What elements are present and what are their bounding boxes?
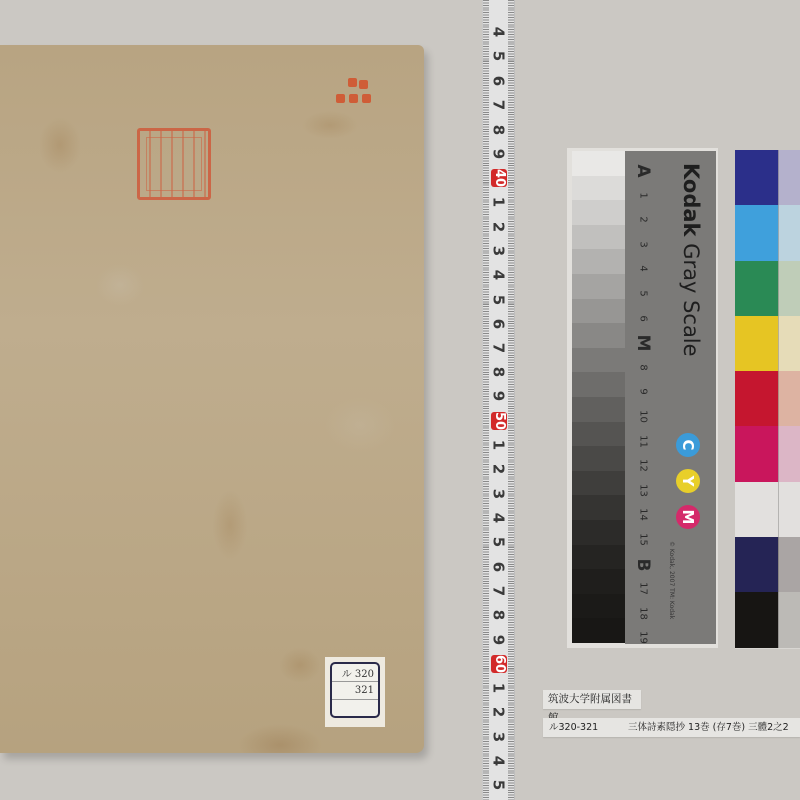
gray-step-label: 1 <box>638 183 649 207</box>
ruler-number: 5 <box>491 533 507 552</box>
ruler-number: 7 <box>491 582 507 601</box>
small-red-seal <box>334 78 372 108</box>
gray-patch <box>572 471 625 496</box>
ruler-number: 5 <box>491 47 507 66</box>
saturated-color-patch <box>735 205 778 260</box>
shelf-number-label: ル 320 321 <box>325 657 385 727</box>
ruler-number: 6 <box>491 558 507 577</box>
gray-patch <box>572 323 625 348</box>
shelf-label-line: ル 320 <box>332 664 378 682</box>
pastel-color-patch <box>778 592 800 647</box>
gray-step-label: A <box>633 159 653 183</box>
shelf-label-line <box>332 700 378 717</box>
ruler-number: 4 <box>491 266 507 285</box>
pastel-color-patch <box>778 316 800 371</box>
color-patch-row <box>735 426 800 481</box>
ruler-number: 2 <box>491 460 507 479</box>
saturated-color-patch <box>735 592 778 647</box>
gray-step-label: 5 <box>638 282 649 306</box>
ruler-number: 2 <box>491 703 507 722</box>
call-number: ル320-321 <box>549 718 598 737</box>
ruler-number: 40 <box>491 169 507 187</box>
ruler-number: 2 <box>491 218 507 237</box>
ruler-number: 5 <box>491 291 507 310</box>
ruler-number: 8 <box>491 121 507 140</box>
ruler-number: 60 <box>491 655 507 673</box>
saturated-color-patch <box>735 150 778 205</box>
ruler-number: 4 <box>491 509 507 528</box>
pastel-color-patch <box>778 482 800 537</box>
ruler-number: 6 <box>491 72 507 91</box>
gray-patch <box>572 569 625 594</box>
color-patch-row <box>735 316 800 371</box>
ruler-number: 1 <box>491 679 507 698</box>
ruler-number: 9 <box>491 387 507 406</box>
ruler-number: 5 <box>491 776 507 795</box>
ruler-number: 4 <box>491 752 507 771</box>
cym-dot-m: M <box>676 505 700 529</box>
gray-patch <box>572 446 625 471</box>
gray-patch <box>572 348 625 373</box>
cym-dot-c: C <box>676 433 700 457</box>
saturated-color-patch <box>735 261 778 316</box>
pastel-color-patch <box>778 371 800 426</box>
gray-patch <box>572 200 625 225</box>
gray-patch <box>572 274 625 299</box>
gray-step-label: 8 <box>638 355 649 379</box>
gray-step-label: 10 <box>638 405 649 429</box>
gray-patch <box>572 176 625 201</box>
gray-step-label: 9 <box>638 380 649 404</box>
gray-step-label: 18 <box>638 601 649 625</box>
gray-step-label: M <box>633 331 653 355</box>
kodak-gray-scale-card: Kodak Gray Scale A123456M89101112131415B… <box>567 148 718 648</box>
ruler-number: 4 <box>491 23 507 42</box>
ruler-number: 7 <box>491 339 507 358</box>
kodak-brand: Kodak <box>679 163 703 237</box>
color-patch-row <box>735 537 800 592</box>
gray-step-label: 17 <box>638 577 649 601</box>
saturated-color-patch <box>735 482 778 537</box>
ruler-number: 50 <box>491 412 507 430</box>
color-patch-row <box>735 150 800 205</box>
gray-patch <box>572 225 625 250</box>
gray-patch <box>572 618 625 643</box>
pastel-color-patch <box>778 205 800 260</box>
gray-step-label: 19 <box>638 626 649 650</box>
gray-step-label: 14 <box>638 503 649 527</box>
book-cover <box>0 45 424 753</box>
saturated-color-patch <box>735 537 778 592</box>
color-control-strip <box>735 150 800 649</box>
ruler-number: 3 <box>491 242 507 261</box>
saturated-color-patch <box>735 426 778 481</box>
gray-patch <box>572 594 625 619</box>
gray-patch <box>572 397 625 422</box>
gray-patch <box>572 249 625 274</box>
ruler-number: 1 <box>491 436 507 455</box>
kodak-label-strip: Kodak Gray Scale A123456M89101112131415B… <box>625 151 716 644</box>
gray-step-label: 6 <box>638 306 649 330</box>
ruler-number: 3 <box>491 485 507 504</box>
ruler-number: 8 <box>491 606 507 625</box>
ruler-number: 6 <box>491 315 507 334</box>
color-patch-row <box>735 371 800 426</box>
gray-step-label: 2 <box>638 208 649 232</box>
kodak-product: Gray Scale <box>679 243 703 356</box>
gray-step-label: 4 <box>638 257 649 281</box>
gray-patch <box>572 545 625 570</box>
color-patch-row <box>735 482 800 537</box>
pastel-color-patch <box>778 150 800 205</box>
ruler-number: 8 <box>491 363 507 382</box>
ruler-number: 7 <box>491 96 507 115</box>
pastel-color-patch <box>778 537 800 592</box>
gray-patch-column <box>572 151 625 643</box>
gray-step-label: B <box>633 553 653 577</box>
catalog-label: ル320-321 三体詩素隠抄 13巻 (存7巻) 三體2之2 <box>543 718 800 737</box>
ruler-number: 1 <box>491 193 507 212</box>
gray-patch <box>572 520 625 545</box>
saturated-color-patch <box>735 371 778 426</box>
library-name-label: 筑波大学附属図書館 <box>543 690 641 709</box>
color-patch-row <box>735 205 800 260</box>
gray-patch <box>572 151 625 176</box>
gray-patch <box>572 372 625 397</box>
shelf-label-line: 321 <box>332 682 378 700</box>
gray-patch <box>572 299 625 324</box>
ruler-number: 9 <box>491 631 507 650</box>
gray-step-label: 12 <box>638 454 649 478</box>
square-red-seal <box>137 128 211 200</box>
cym-dot-y: Y <box>676 469 700 493</box>
saturated-color-patch <box>735 316 778 371</box>
ruler-number: 3 <box>491 728 507 747</box>
pastel-color-patch <box>778 426 800 481</box>
ruler-number: 9 <box>491 145 507 164</box>
color-patch-row <box>735 261 800 316</box>
gray-patch <box>572 422 625 447</box>
kodak-title: Kodak Gray Scale <box>679 163 703 357</box>
kodak-copyright: © Kodak, 2007 TM: Kodak <box>668 541 675 619</box>
gray-step-label: 15 <box>638 528 649 552</box>
gray-patch <box>572 495 625 520</box>
book-title: 三体詩素隠抄 13巻 (存7巻) 三體2之2 <box>628 718 789 737</box>
measuring-ruler: 45678940123456789501234567896012345 <box>482 0 515 800</box>
gray-step-label: 11 <box>638 429 649 453</box>
gray-step-label: 13 <box>638 478 649 502</box>
gray-step-label: 3 <box>638 232 649 256</box>
color-patch-row <box>735 592 800 647</box>
pastel-color-patch <box>778 261 800 316</box>
